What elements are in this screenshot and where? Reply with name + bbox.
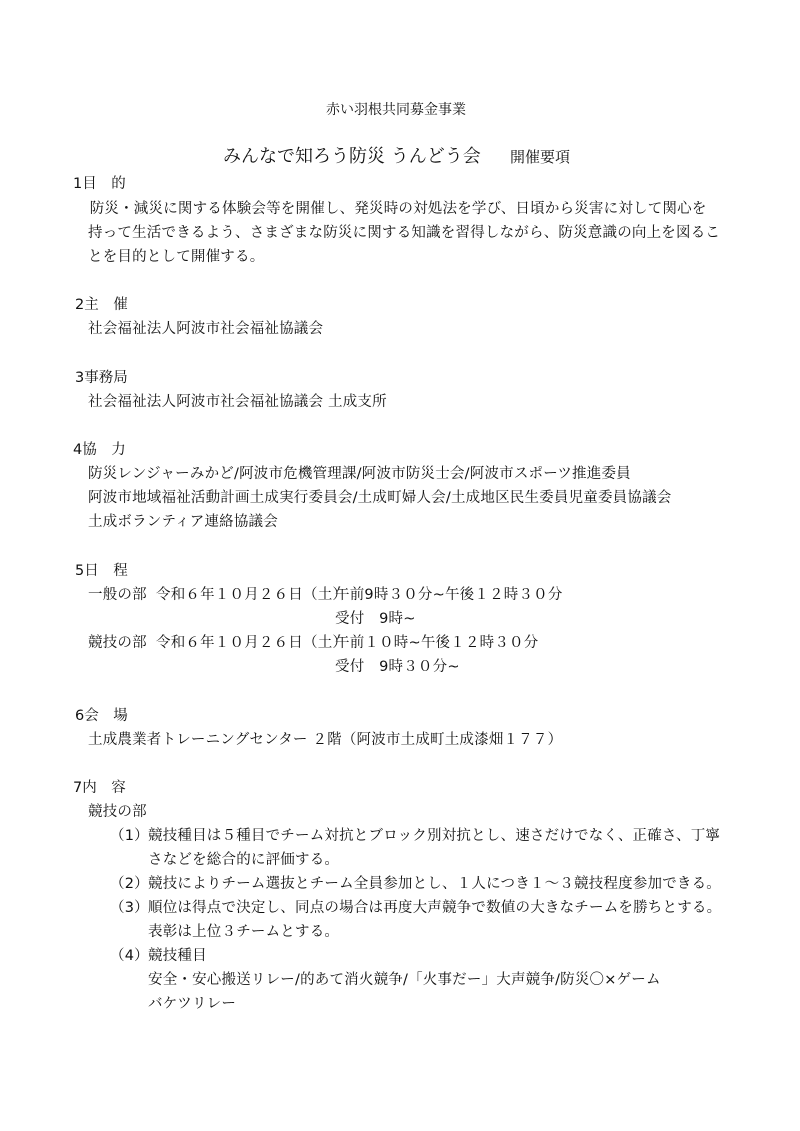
content-item-line: 表彰は上位３チームとする。	[148, 925, 339, 940]
schedule-date: 令和６年１０月２６日（土）	[156, 636, 347, 651]
content-item-line: 競技種目	[148, 949, 207, 964]
section-heading-venue: 6会 場	[75, 709, 128, 724]
secretariat-line: 社会福祉法人阿波市社会福祉協議会 土成支所	[88, 395, 387, 410]
schedule-reception: 受付 9時~	[335, 612, 416, 627]
cooperation-line: 防災レンジャーみかど/阿波市危機管理課/阿波市防災士会/阿波市スポーツ推進委員	[88, 467, 631, 482]
content-item-line: 競技によりチーム選抜とチーム全員参加とし、１人につき１～３競技程度参加できる。	[148, 877, 721, 892]
purpose-line: とを目的として開催する。	[88, 250, 264, 265]
schedule-division: 競技の部	[88, 636, 147, 651]
cooperation-line: 土成ボランティア連絡協議会	[88, 515, 278, 530]
purpose-line: 防災・減災に関する体験会等を開催し、発災時の対処法を学び、日頃から災害に対して関…	[75, 202, 707, 217]
program-label: 赤い羽根共同募金事業	[326, 103, 466, 117]
section-heading-organizer: 2主 催	[75, 298, 128, 313]
content-item-number: （2）	[110, 877, 149, 892]
content-item-line: 競技種目は５種目でチーム対抗とブロック別対抗とし、速さだけでなく、正確さ、丁寧	[148, 829, 720, 844]
content-item-line: バケツリレー	[148, 997, 236, 1012]
section-heading-cooperation: 4協 力	[73, 443, 126, 458]
schedule-reception: 受付 9時３０分~	[335, 660, 460, 675]
schedule-date: 令和６年１０月２６日（土）	[156, 588, 347, 603]
cooperation-line: 阿波市地域福祉活動計画土成実行委員会/土成町婦人会/土成地区民生委員児童委員協議…	[88, 491, 671, 506]
section-heading-schedule: 5日 程	[75, 564, 128, 579]
section-heading-secretariat: 3事務局	[75, 371, 128, 386]
section-heading-content: 7内 容	[73, 781, 126, 796]
schedule-time: 午前１０時~午後１２時３０分	[335, 636, 538, 651]
schedule-division: 一般の部	[88, 588, 147, 603]
content-item-number: （3）	[110, 901, 149, 916]
page-title: みんなで知ろう防災 うんどう会	[223, 148, 481, 166]
venue-line: 土成農業者トレーニングセンター ２階（阿波市土成町土成漆畑１７７）	[88, 733, 562, 748]
content-item-line: 安全・安心搬送リレー/的あて消火競争/「火事だー」大声競争/防災〇×ゲーム	[148, 973, 661, 988]
schedule-time: 午前9時３０分~午後１２時３０分	[335, 588, 563, 603]
content-subheading: 競技の部	[88, 805, 147, 820]
purpose-line: 持って生活できるよう、さまざまな防災に関する知識を習得しながら、防災意識の向上を…	[88, 226, 720, 241]
content-item-line: さなどを総合的に評価する。	[148, 853, 339, 868]
content-item-number: （4）	[110, 949, 149, 964]
content-item-line: 順位は得点で決定し、同点の場合は再度大声競争で数値の大きなチームを勝ちとする。	[148, 901, 721, 916]
page-subtitle: 開催要項	[510, 150, 570, 165]
content-item-number: （1）	[110, 829, 149, 844]
section-heading-purpose: 1目 的	[73, 177, 126, 192]
organizer-line: 社会福祉法人阿波市社会福祉協議会	[88, 322, 323, 337]
